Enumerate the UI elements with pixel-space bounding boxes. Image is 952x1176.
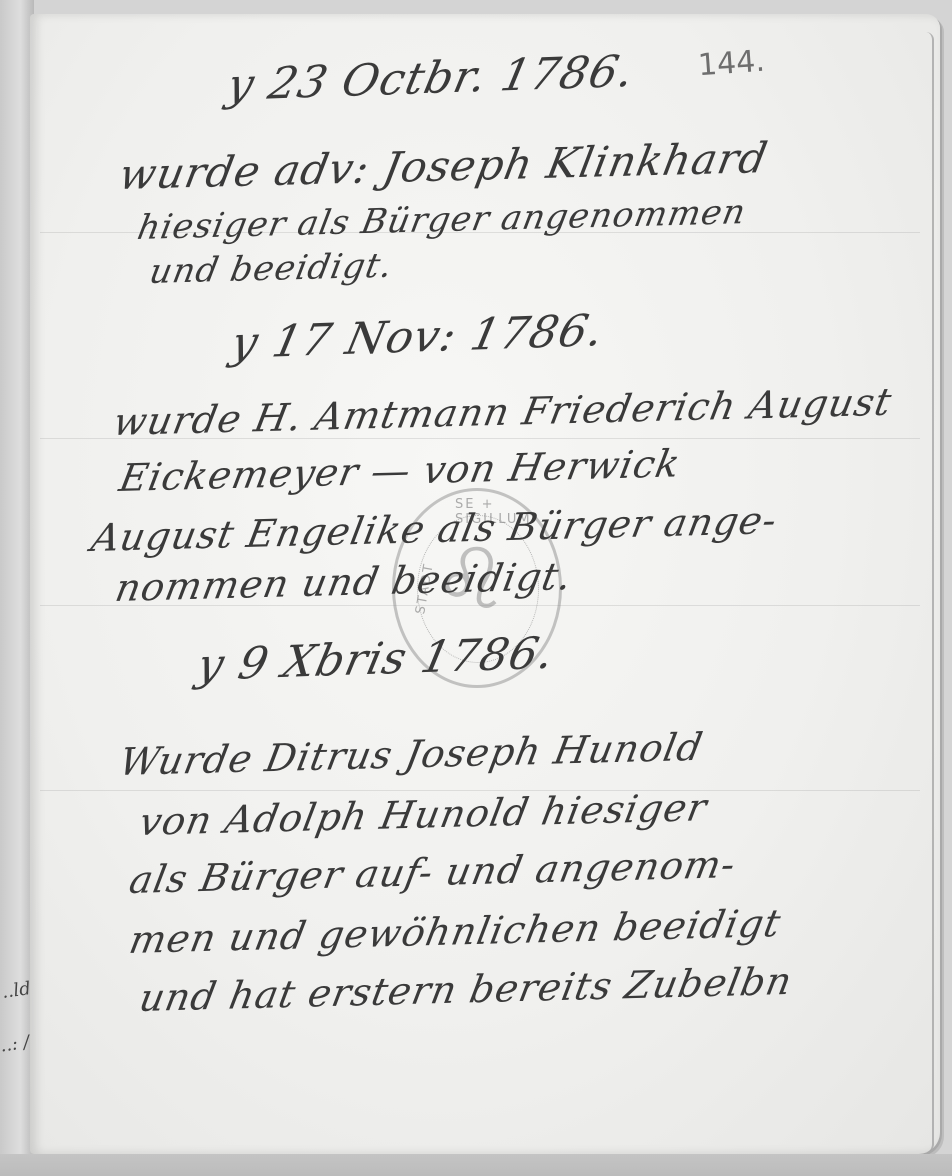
scanned-page: ..ld ..: / ..ßgd 144. ♌ SE + SIGILLUM ST… [0, 0, 952, 1176]
page-edge [926, 32, 934, 1152]
margin-note: ..ld [1, 978, 32, 1003]
entry-1-line-3: und beeidigt. [146, 246, 396, 292]
folio-number: 144. [697, 44, 766, 84]
scan-bottom-edge [0, 1154, 952, 1176]
